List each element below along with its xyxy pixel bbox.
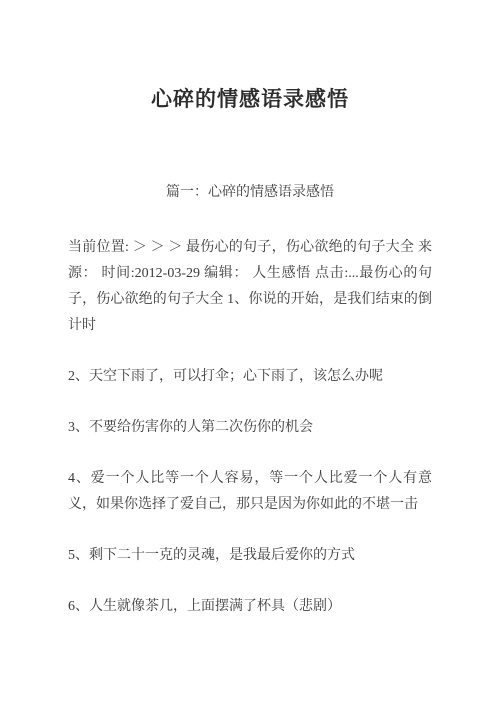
- document-content: 心碎的情感语录感悟 篇一：心碎的情感语录感悟 当前位置: ＞ ＞ ＞ 最伤心的句…: [0, 0, 500, 620]
- paragraph-quote-2: 2、天空下雨了，可以打伞；心下雨了，该怎么办呢: [68, 364, 432, 390]
- paragraph-quote-5: 5、剩下二十一克的灵魂，是我最后爱你的方式: [68, 543, 432, 569]
- paragraph-quote-3: 3、不要给伤害你的人第二次伤你的机会: [68, 415, 432, 441]
- document-body: 当前位置: ＞ ＞ ＞ 最伤心的句子，伤心欲绝的句子大全 来源： 时间:2012…: [68, 235, 432, 620]
- document-title: 心碎的情感语录感悟: [68, 86, 432, 112]
- paragraph-quote-4: 4、爱一个人比等一个人容易，等一个人比爱一个人有意义，如果你选择了爱自己，那只是…: [68, 466, 432, 518]
- section-heading: 篇一：心碎的情感语录感悟: [68, 184, 432, 202]
- paragraph-quote-6: 6、人生就像茶几，上面摆满了杯具（悲剧）: [68, 594, 432, 620]
- document-page: 心碎的情感语录感悟 篇一：心碎的情感语录感悟 当前位置: ＞ ＞ ＞ 最伤心的句…: [0, 0, 500, 707]
- paragraph-meta-line: 当前位置: ＞ ＞ ＞ 最伤心的句子，伤心欲绝的句子大全 来源： 时间:2012…: [68, 235, 432, 339]
